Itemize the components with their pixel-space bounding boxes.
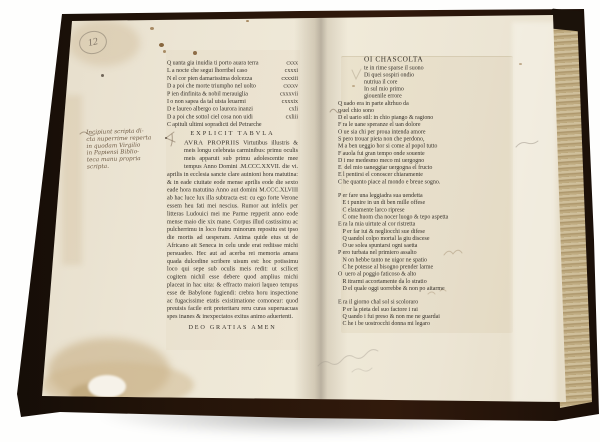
verse-line: O uero al poggio faticoso & alto [338, 270, 472, 277]
foxing-dot [101, 74, 104, 77]
paper-flake [88, 375, 126, 398]
foxing-dot [246, 20, 249, 22]
tavola-folio: cxli [289, 105, 298, 113]
pencil-folio-value: 12 [87, 36, 99, 49]
laura-note: AVRA PROPRIIS Virtutibus illustris & mei… [167, 138, 298, 320]
verse-line: Che quanto piace al mondo e breue sogno. [338, 178, 472, 185]
tavola-row: De laureo albergo co laurora inanzicxli [167, 105, 298, 113]
tavola-folio: cxxx [286, 59, 298, 67]
verse-line: Era la mia uirtute al cor ristretta [338, 220, 472, 227]
sonnet1-opening: OI CHASCOLTA te in rime sparse il suonoD… [338, 56, 472, 99]
photo-background: 12 Quanta gia inuidia ti porto auara ter… [0, 0, 600, 442]
verse-line: Et punire in un di ben mille offese [343, 199, 473, 206]
verse-line: Come huom cha nocer luogo & tepo aspetta [343, 213, 473, 220]
sonnet1-body: Quado era in parte altrhuo daquel chio s… [338, 99, 472, 185]
initial-letter-space [167, 138, 184, 168]
verse-line: E del mio uaneggiar uergogna el fructo [338, 164, 472, 171]
verse-line: Per far iui & negliocchi sue difese [343, 227, 473, 234]
explicit-tabula: EXPLICIT TABVLA [167, 129, 298, 138]
tavola-entry: Pien dinfinita & nobil merauiglia [167, 90, 248, 98]
marginal-manuscript-note: Incipiunt scripta di-cta nuperrime reper… [86, 127, 169, 171]
verse-line: Quando i fui preso & non me ne guardai [343, 312, 473, 319]
tavola-folio: cxliii [286, 113, 298, 121]
verse-line: Fra le uane speranze el uan dolore [338, 121, 472, 128]
tavola-folio: cxxxv [283, 82, 298, 90]
tavola-index: Quanta gia inuidia ti porto auara terrac… [167, 59, 298, 128]
pencil-inscription [352, 368, 372, 372]
verse-line: Pero turbata nel primiero assalto [338, 249, 472, 256]
verse-line: quel chio sono [338, 106, 472, 113]
right-page-text: OI CHASCOLTA te in rime sparse il suonoD… [338, 56, 472, 327]
tavola-folio: cxxxvii [280, 90, 298, 98]
verse-line: Fauola fui gran tempo onde souente [338, 149, 472, 156]
foxing-dot [163, 50, 166, 53]
right-page-outer-margin [512, 22, 556, 404]
tavola-row: Da poi che sottol ciel cosa non uidicxli… [167, 113, 298, 121]
tavola-folio: cxxxiii [281, 74, 298, 82]
verse-line: Per la pieta del suo factore i rai [343, 305, 473, 312]
verse-line: Oue sia chi per proua intenda amore [338, 128, 472, 135]
verse-line: Per fare una leggiadra sua uendetta [338, 192, 472, 199]
tavola-entry: Da poi che sottol ciel cosa non uidi [167, 113, 253, 121]
tavola-row: Da poi che morte triumpho nel uoltocxxxv [167, 82, 298, 90]
marginal-note-line: scripta. [87, 161, 169, 170]
verse-line: Ma ben ueggio hor si come al popol tutto [338, 142, 472, 149]
pages-block: 12 Quanta gia inuidia ti porto auara ter… [0, 0, 600, 442]
tavola-row: Pien dinfinita & nobil merauigliacxxxvii [167, 90, 298, 98]
verse-line: Non hebbe tanto ne uigor ne spatio [343, 256, 473, 263]
verse-line: Del uario stil: in chio piango & ragiono [338, 114, 472, 121]
colophon: DEO GRATIAS AMEN [167, 323, 298, 331]
tavola-entry: Capituli ultimi sopradicti del Petrarche [167, 121, 262, 129]
verse-line: Quado era in parte altrhuo da [338, 99, 472, 106]
tavola-entry: La nocte che segui lhorribel caso [167, 67, 247, 75]
tavola-row: Capituli ultimi sopradicti del Petrarche [167, 121, 298, 129]
tavola-entry: Da poi che morte triumpho nel uolto [167, 82, 256, 90]
verse-line: El pentirsi el conoscer chiaramente [338, 171, 472, 178]
foxing-dot [193, 51, 197, 55]
foxing-dot [150, 27, 154, 30]
verse-line: Di me medesmo meco mi uergogno [338, 156, 472, 163]
tavola-row: La nocte che segui lhorribel casocxxxi [167, 67, 298, 75]
tavola-entry: De laureo albergo co laurora inanzi [167, 105, 253, 113]
foxing-dot [519, 63, 522, 65]
tavola-folio: cxxxix [282, 98, 298, 106]
verse-line: Celatamente larco riprese [343, 206, 473, 213]
sonnet2: Per fare una leggiadra sua uendettaEt pu… [338, 192, 472, 292]
tavola-row: Nel cor pien damarissima dolcezzacxxxiii [167, 74, 298, 82]
tavola-entry: Nel cor pien damarissima dolcezza [167, 74, 252, 82]
verse-line: Che potesse al bisogno prender larme [343, 263, 473, 270]
left-page-text: Quanta gia inuidia ti porto auara terrac… [167, 59, 298, 331]
verse-line: Che i be uostrocchi donna mi legaro [343, 320, 473, 327]
foxing-dot [159, 43, 164, 47]
verse-line: Era il giorno chal sol si scoloraro [338, 298, 472, 305]
tavola-row: Io non sapea da tal uista leuarmicxxxix [167, 98, 298, 106]
laura-note-opener: AVRA PROPRIIS [184, 138, 239, 146]
verse-line: Oue solea spuntarsi ogni saetta [343, 242, 473, 249]
sonnet3: Era il giorno chal sol si scoloraroPer l… [338, 298, 472, 327]
tavola-entry: Quanta gia inuidia ti porto auara terra [167, 59, 259, 67]
tavola-entry: Io non sapea da tal uista leuarmi [167, 98, 246, 106]
laura-note-body: Virtutibus illustris & meis longu celebr… [167, 139, 298, 320]
tavola-row: Quanta gia inuidia ti porto auara terrac… [167, 59, 298, 67]
initial-letter-space [338, 56, 364, 99]
tavola-folio: cxxxi [285, 67, 298, 75]
binding-corner [549, 8, 583, 31]
verse-line: Quandol colpo mortal la giu discese [343, 234, 473, 241]
edge-browning-stain [62, 95, 82, 265]
verse-line: Ritrarmi accortamente da lo stratio [343, 277, 473, 284]
verse-line: Spero trouar pieta non che perdono, [338, 135, 472, 142]
verse-line: Del quale oggi uorrebbe & non po aitarme [343, 284, 473, 291]
